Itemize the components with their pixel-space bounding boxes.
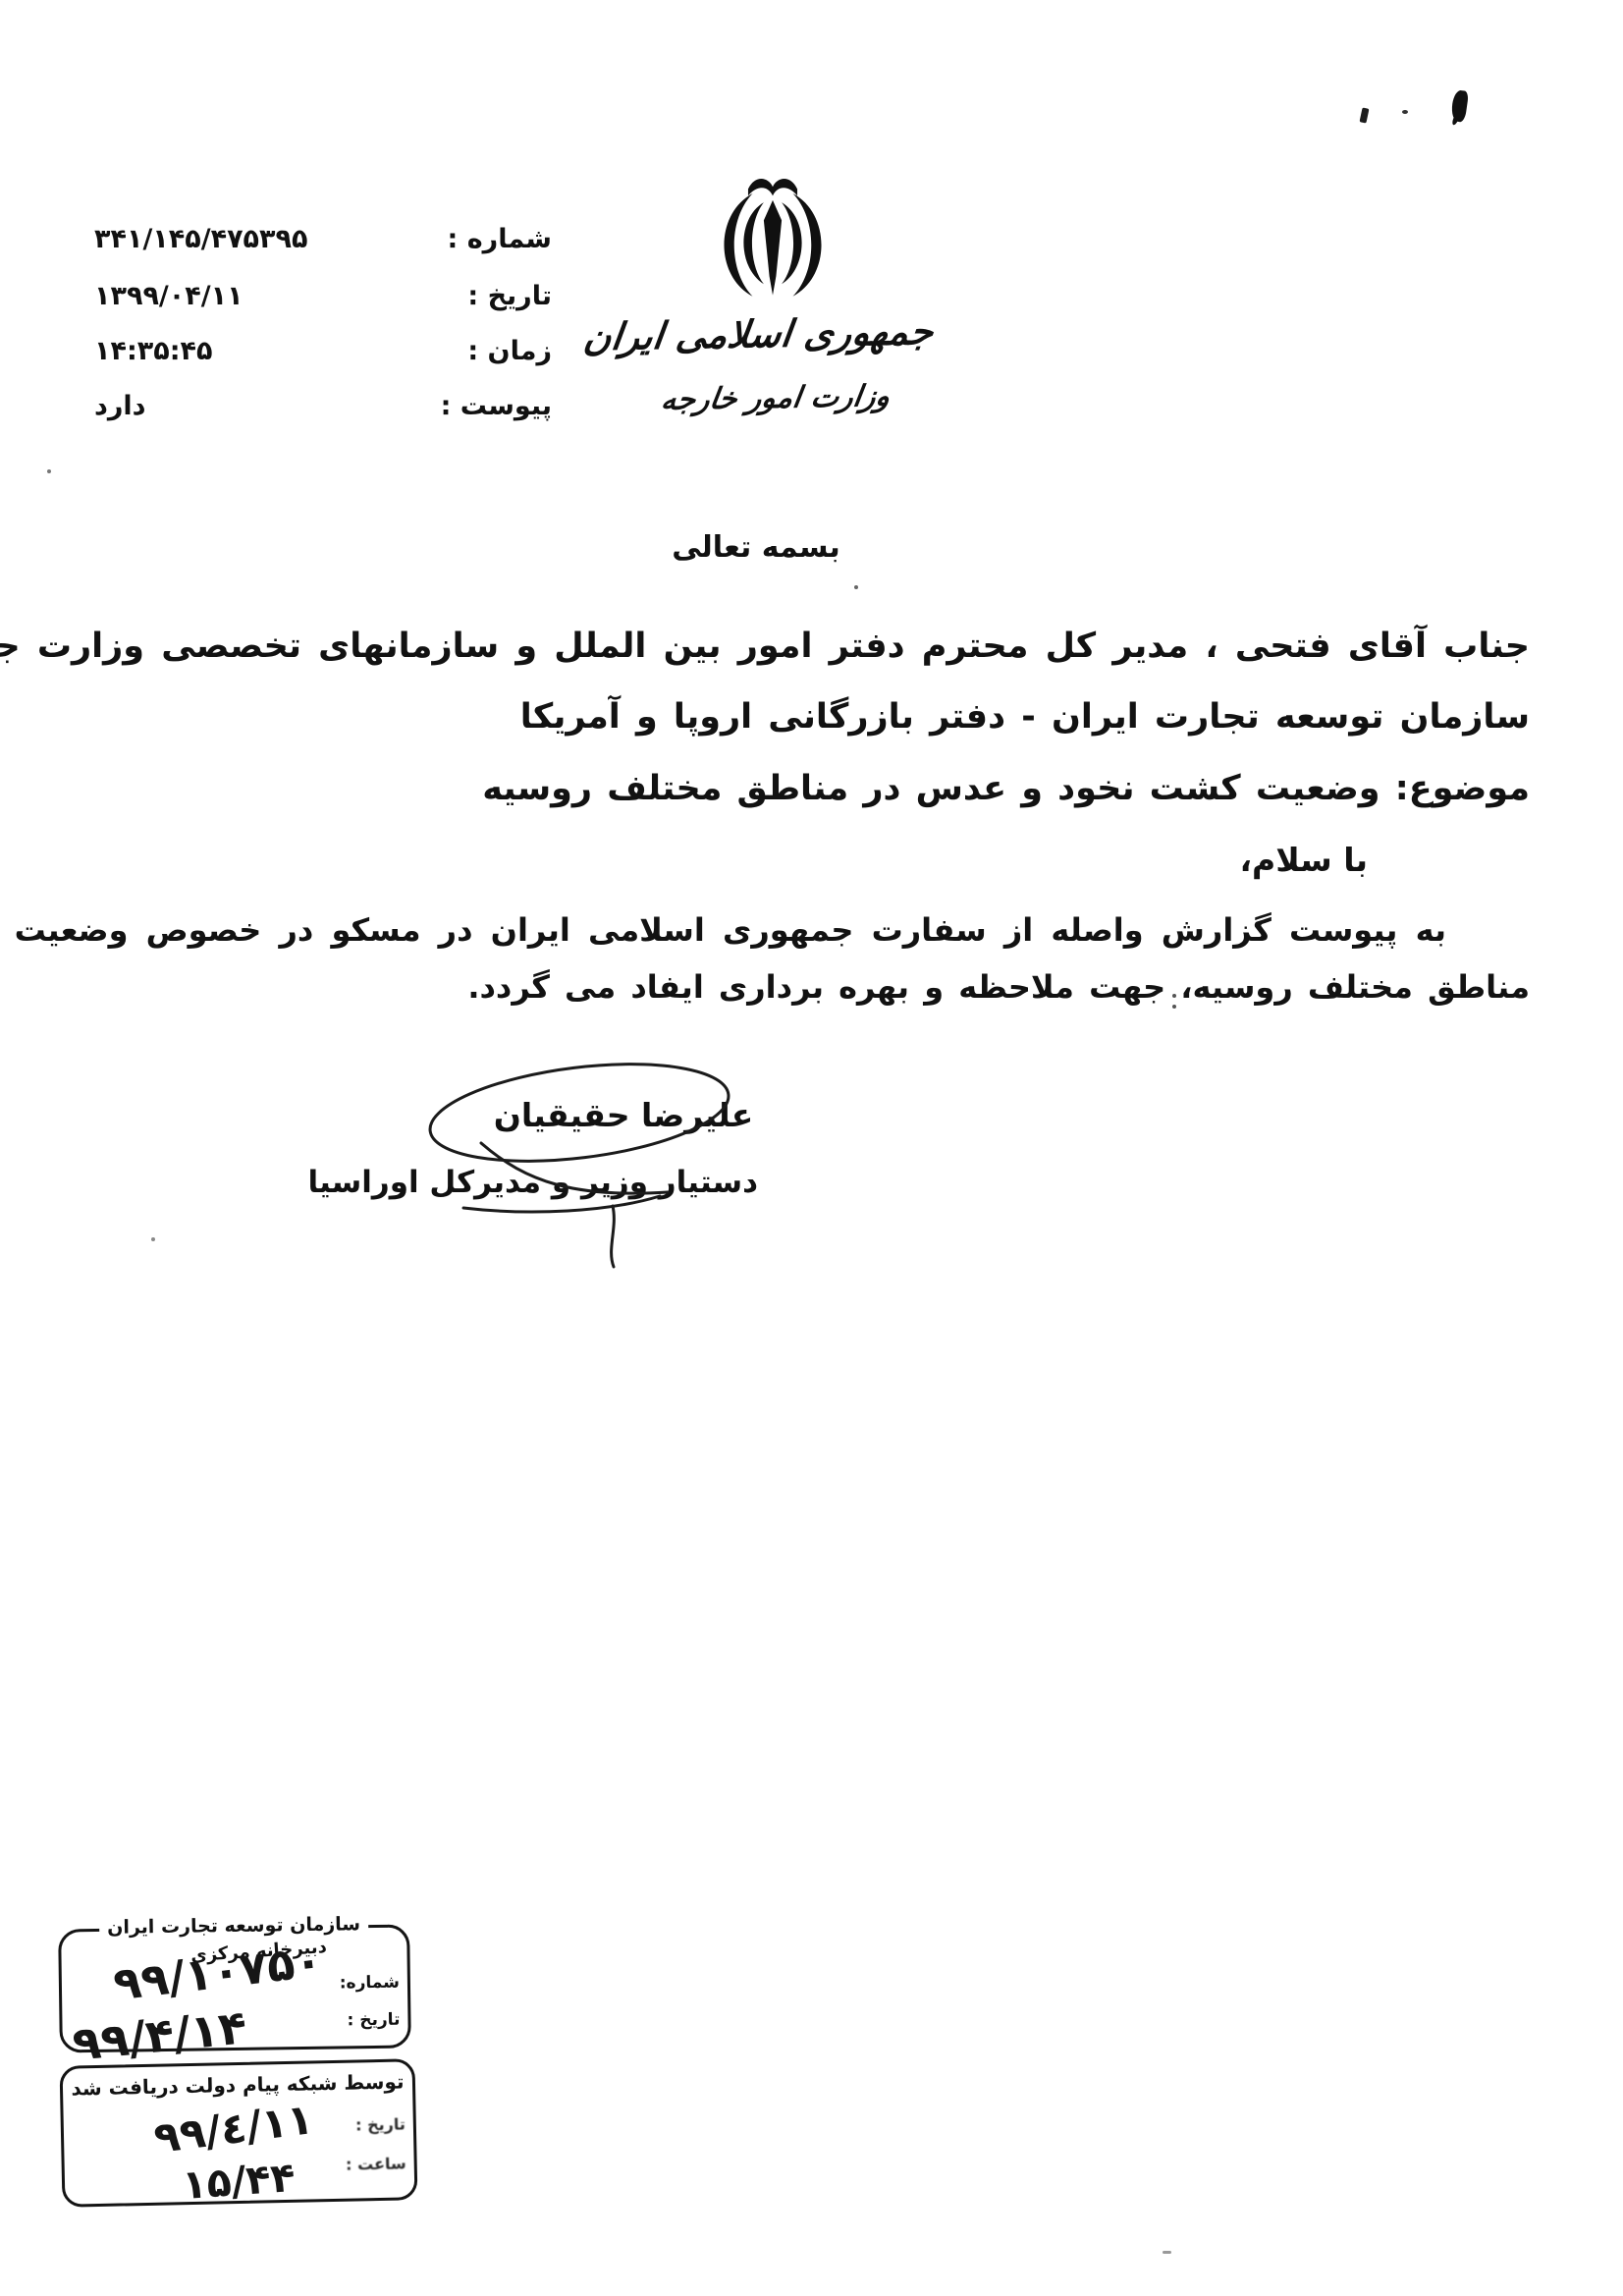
registry-stamp-date-label: تاریخ : <box>347 2010 400 2031</box>
subject-line: موضوع: وضعیت کشت نخود و عدس در مناطق مخت… <box>482 769 1530 808</box>
salutation: با سلام، <box>1239 841 1368 879</box>
ink-speck <box>1163 2251 1171 2254</box>
receipt-stamp-title: توسط شبکه پیام دولت دریافت شد <box>63 2069 412 2100</box>
recipient-line-1: جناب آقای فتحی ، مدیر کل محترم دفتر امور… <box>0 627 1530 666</box>
meta-time-text: ۱۴:۳۵:۴۵ <box>94 336 212 366</box>
ink-blot <box>1450 89 1469 123</box>
letterhead-ministry: وزارت امور خارجه <box>657 379 894 417</box>
iran-emblem-icon <box>699 169 846 314</box>
ink-speck <box>1402 110 1408 114</box>
ink-speck <box>151 1237 155 1241</box>
ink-speck <box>47 469 51 473</box>
letterhead-country: جمهوری اسلامی ایران <box>616 309 936 358</box>
receipt-stamp-time-label: ساعت : <box>346 2154 406 2173</box>
ink-speck <box>1360 107 1370 123</box>
receipt-stamp-date-label: تاریخ : <box>355 2114 406 2134</box>
meta-date-value: ۱۳۹۹/۰۴/۱۱ <box>94 281 326 311</box>
registry-stamp: سازمان توسعه تجارت ایران دبیرخانه مرکزی … <box>58 1925 411 2053</box>
bismillah: بسمه تعالی <box>624 530 888 565</box>
meta-time-value: ۱۴:۳۵:۴۵ <box>94 336 326 366</box>
meta-number-label: شماره : <box>432 224 552 254</box>
signatory-title: دستیار وزیر و مدیرکل اوراسیا <box>365 1165 758 1200</box>
meta-attachment-text: دارد <box>94 391 146 421</box>
body-paragraph-line-2: مناطق مختلف روسیه، جهت ملاحظه و بهره برد… <box>467 968 1530 1006</box>
meta-date-label: تاریخ : <box>432 281 552 311</box>
meta-number-text: ۳۴۱/۱۴۵/۴۷۵۳۹۵ <box>94 224 307 254</box>
receipt-stamp: توسط شبکه پیام دولت دریافت شد تاریخ : ۹۹… <box>60 2058 418 2208</box>
receipt-time-text: ۱۵/۴۴ <box>181 2154 297 2209</box>
registry-number-text: ۹۹/۱۰۷۵۰ <box>111 1934 325 2011</box>
meta-date-text: ۱۳۹۹/۰۴/۱۱ <box>94 281 243 311</box>
signatory-name: علیرضا حقیقیان <box>489 1096 758 1134</box>
meta-attachment-value: دارد <box>94 391 326 421</box>
ink-speck <box>854 585 858 589</box>
scanned-letter-page: جمهوری اسلامی ایران وزارت امور خارجه شما… <box>0 0 1623 2296</box>
meta-number-value: ۳۴۱/۱۴۵/۴۷۵۳۹۵ <box>94 224 326 254</box>
meta-attachment-label: پیوست : <box>432 391 552 421</box>
meta-time-label: زمان : <box>432 336 552 366</box>
body-paragraph-line-1: به پیوست گزارش واصله از سفارت جمهوری اسل… <box>0 911 1446 949</box>
recipient-line-2: سازمان توسعه تجارت ایران - دفتر بازرگانی… <box>520 697 1530 737</box>
